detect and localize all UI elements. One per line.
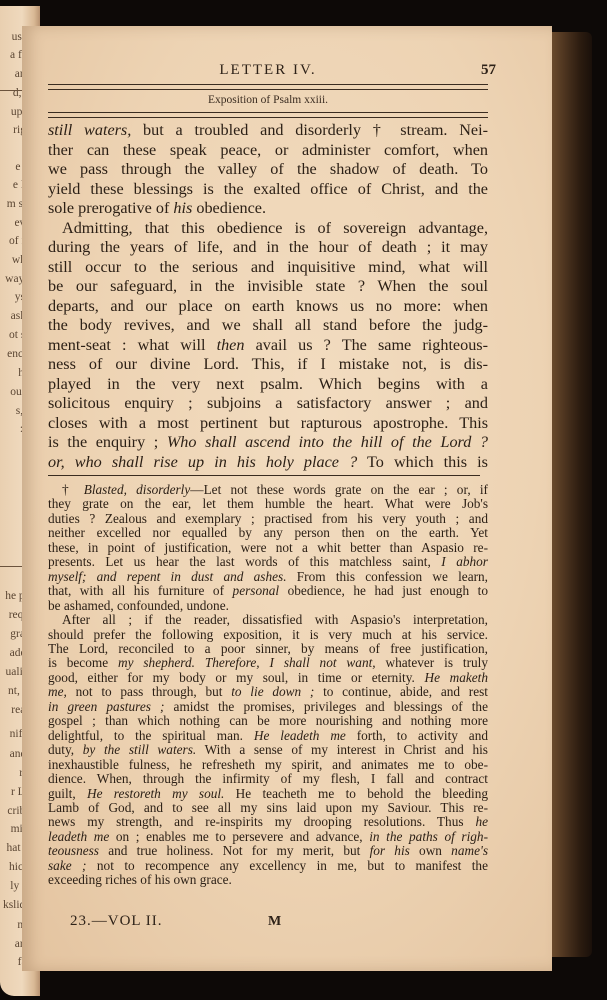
text-run: From this confession we learn, bbox=[287, 569, 488, 584]
text-line: ness of our divine Lord. This, if I mist… bbox=[48, 355, 488, 375]
text-run: should prefer the following exposition, … bbox=[48, 627, 488, 642]
text-line: we pass through the valley of the shadow… bbox=[48, 160, 488, 180]
text-run: gospel ; than which nothing can be more … bbox=[48, 713, 488, 728]
text-run: obedience, he had just enough to bbox=[279, 583, 488, 598]
text-run: guilt, bbox=[48, 786, 87, 801]
text-line: guilt, He restoreth my soul. He teacheth… bbox=[48, 787, 488, 801]
text-run: be ashamed, confounded, undone. bbox=[48, 598, 229, 613]
text-line: still occur to the serious and inquisiti… bbox=[48, 258, 488, 278]
header-rule-bottom bbox=[48, 112, 488, 118]
text-run: on ; enables me to persevere and advance… bbox=[109, 829, 369, 844]
italic-run: myself; and repent in dust and ashes. bbox=[48, 569, 287, 584]
page-number: 57 bbox=[481, 62, 496, 79]
italic-run: He leadeth me bbox=[254, 728, 346, 743]
italic-run: leadeth me bbox=[48, 829, 109, 844]
italic-run: I abhor bbox=[441, 554, 488, 569]
text-run: these, in point of justification, were n… bbox=[48, 540, 488, 555]
text-run: we pass through the valley of the shadow… bbox=[48, 160, 488, 178]
text-run: forth, to activity and bbox=[346, 728, 488, 743]
text-line: solicitous enquiry ; subjoins a satisfac… bbox=[48, 394, 488, 414]
section-subtitle: Exposition of Psalm xxiii. bbox=[48, 94, 488, 106]
text-line: be our safeguard, in the invisible state… bbox=[48, 277, 488, 297]
text-line: presents. Let us hear the last words of … bbox=[48, 555, 488, 569]
text-run: not to pass through, but bbox=[67, 684, 231, 699]
italic-run: by the still waters. bbox=[83, 742, 196, 757]
text-line: they grate on the ear, let them humble t… bbox=[48, 497, 488, 511]
text-line: should prefer the following exposition, … bbox=[48, 628, 488, 642]
text-run: the body revives, and we shall all stand… bbox=[48, 316, 488, 334]
italic-run: He maketh bbox=[424, 670, 488, 685]
text-line: still waters, but a troubled and disorde… bbox=[48, 121, 488, 141]
text-run: Admitting, that this obedience is of sov… bbox=[62, 219, 488, 237]
text-line: played in the very next psalm. Which beg… bbox=[48, 375, 488, 395]
text-run: inexhaustible fulness, he refresheth my … bbox=[48, 757, 488, 772]
text-run: After all ; if the reader, dissatisfied … bbox=[62, 612, 488, 627]
italic-run: me, bbox=[48, 684, 67, 699]
text-run: is become bbox=[48, 655, 118, 670]
text-line: in green pastures ; amidst the promises,… bbox=[48, 700, 488, 714]
text-run: ness of our divine Lord. This, if I mist… bbox=[48, 355, 488, 373]
text-line: inexhaustible fulness, he refresheth my … bbox=[48, 758, 488, 772]
text-line: good, either for my body or my soul, in … bbox=[48, 671, 488, 685]
text-line: The Lord, reconciled to a poor sinner, b… bbox=[48, 642, 488, 656]
text-run: whatever is truly bbox=[376, 655, 488, 670]
text-line: me, not to pass through, but to lie down… bbox=[48, 685, 488, 699]
text-line: delightful, to the spiritual man. He lea… bbox=[48, 729, 488, 743]
text-line: exceeding riches of his own grace. bbox=[48, 873, 488, 887]
running-title: LETTER IV. bbox=[48, 62, 488, 79]
italic-run: for his bbox=[370, 843, 410, 858]
text-run: ther can these speak peace, or administe… bbox=[48, 141, 488, 159]
text-line: Lamb of God, and to see all my sins laid… bbox=[48, 801, 488, 815]
italic-run: his bbox=[173, 199, 192, 217]
text-run bbox=[195, 655, 205, 670]
text-run: presents. Let us hear the last words of … bbox=[48, 554, 441, 569]
text-line: ther can these speak peace, or administe… bbox=[48, 141, 488, 161]
text-line: news my strength, and re-inspirits my dr… bbox=[48, 815, 488, 829]
text-run: obedience. bbox=[192, 199, 266, 217]
text-line: be ashamed, confounded, undone. bbox=[48, 599, 488, 613]
text-line: that, with all his furniture of personal… bbox=[48, 584, 488, 598]
text-run: they grate on the ear, let them humble t… bbox=[48, 496, 488, 511]
text-run: He teacheth me to behold the bleeding bbox=[224, 786, 488, 801]
text-run: neither excelled nor equalled by any per… bbox=[48, 525, 488, 540]
text-line: is become my shepherd. Therefore, I shal… bbox=[48, 656, 488, 670]
italic-run: to lie down ; bbox=[231, 684, 314, 699]
text-line: sake ; not to recompence any excellency … bbox=[48, 859, 488, 873]
text-line: myself; and repent in dust and ashes. Fr… bbox=[48, 570, 488, 584]
text-line: closes with a most pertinent but rapturo… bbox=[48, 414, 488, 434]
text-run: The Lord, reconciled to a poor sinner, b… bbox=[48, 641, 488, 656]
text-run: To which this is bbox=[357, 453, 488, 471]
italic-run: teousness bbox=[48, 843, 99, 858]
italic-run: he bbox=[475, 814, 488, 829]
text-run: † bbox=[62, 482, 84, 497]
text-line: sole prerogative of his obedience. bbox=[48, 199, 488, 219]
text-run: own bbox=[410, 843, 451, 858]
text-line: ment-seat : what will then avail us ? Th… bbox=[48, 336, 488, 356]
text-run: duties ? Zealous and exemplary ; practis… bbox=[48, 511, 488, 526]
text-run: solicitous enquiry ; subjoins a satisfac… bbox=[48, 394, 488, 412]
text-run: Lamb of God, and to see all my sins laid… bbox=[48, 800, 488, 815]
italic-run: my shepherd. bbox=[118, 655, 195, 670]
main-text-block: still waters, but a troubled and disorde… bbox=[48, 121, 488, 472]
text-line: or, who shall rise up in his holy place … bbox=[48, 453, 488, 473]
text-run: With a sense of my interest in Christ an… bbox=[196, 742, 488, 757]
text-line: teousness and true holiness. Not for my … bbox=[48, 844, 488, 858]
text-run: not to recompence any excellency in me, … bbox=[86, 858, 488, 873]
book-page-edges bbox=[552, 32, 592, 957]
text-run: news my strength, and re-inspirits my dr… bbox=[48, 814, 475, 829]
text-run: amidst the promises, privileges and bles… bbox=[164, 699, 488, 714]
italic-run: or, who shall rise up in his holy place … bbox=[48, 453, 357, 471]
italic-run: in the paths of righ- bbox=[369, 829, 488, 844]
text-line: duties ? Zealous and exemplary ; practis… bbox=[48, 512, 488, 526]
text-line: during the years of life, and in the hou… bbox=[48, 238, 488, 258]
italic-run: sake ; bbox=[48, 858, 86, 873]
text-line: yield these blessings is the exalted off… bbox=[48, 180, 488, 200]
text-run: duty, bbox=[48, 742, 83, 757]
italic-run: then bbox=[217, 336, 245, 354]
text-run: delightful, to the spiritual man. bbox=[48, 728, 254, 743]
italic-run: Blasted, disorderly bbox=[84, 482, 191, 497]
italic-run: in green pastures ; bbox=[48, 699, 164, 714]
text-line: After all ; if the reader, dissatisfied … bbox=[48, 613, 488, 627]
header-rule-top bbox=[48, 84, 488, 90]
text-run: closes with a most pertinent but rapturo… bbox=[48, 414, 488, 432]
text-run: dience. When, through the infirmity of m… bbox=[48, 771, 488, 786]
text-line: departs, and our place on earth knows us… bbox=[48, 297, 488, 317]
text-line: Admitting, that this obedience is of sov… bbox=[48, 219, 488, 239]
printer-signature: 23.—VOL II. bbox=[70, 913, 163, 930]
signature-mark: M bbox=[268, 914, 281, 930]
text-run: and true holiness. Not for my merit, but bbox=[99, 843, 370, 858]
text-run: departs, and our place on earth knows us… bbox=[48, 297, 488, 315]
text-line: duty, by the still waters. With a sense … bbox=[48, 743, 488, 757]
text-run: during the years of life, and in the hou… bbox=[48, 238, 488, 256]
text-run: but a troubled and disorderly † stream. … bbox=[131, 121, 488, 139]
text-run: still occur to the serious and inquisiti… bbox=[48, 258, 488, 276]
text-line: leadeth me on ; enables me to persevere … bbox=[48, 830, 488, 844]
text-run: be our safeguard, in the invisible state… bbox=[48, 277, 488, 295]
italic-run: personal bbox=[233, 583, 280, 598]
text-line: is the enquiry ; Who shall ascend into t… bbox=[48, 433, 488, 453]
text-run: good, either for my body or my soul, in … bbox=[48, 670, 424, 685]
text-line: these, in point of justification, were n… bbox=[48, 541, 488, 555]
text-run: ment-seat : what will bbox=[48, 336, 217, 354]
text-line: gospel ; than which nothing can be more … bbox=[48, 714, 488, 728]
italic-run: Who shall ascend into the hill of the Lo… bbox=[167, 433, 488, 451]
footnote-separator bbox=[48, 475, 480, 476]
text-line: the body revives, and we shall all stand… bbox=[48, 316, 488, 336]
footnote-block: † Blasted, disorderly—Let not these word… bbox=[48, 483, 488, 888]
text-line: dience. When, through the infirmity of m… bbox=[48, 772, 488, 786]
text-run: sole prerogative of bbox=[48, 199, 173, 217]
text-run: —Let not these words grate on the ear ; … bbox=[190, 482, 488, 497]
page-header: LETTER IV. 57 bbox=[48, 62, 488, 80]
text-line: neither excelled nor equalled by any per… bbox=[48, 526, 488, 540]
text-run: is the enquiry ; bbox=[48, 433, 167, 451]
text-run: yield these blessings is the exalted off… bbox=[48, 180, 488, 198]
text-run: that, with all his furniture of bbox=[48, 583, 233, 598]
italic-run: name's bbox=[451, 843, 488, 858]
text-run: exceeding riches of his own grace. bbox=[48, 872, 232, 887]
text-run: played in the very next psalm. Which beg… bbox=[48, 375, 488, 393]
italic-run: He restoreth my soul. bbox=[87, 786, 224, 801]
text-run: to continue, abide, and rest bbox=[314, 684, 488, 699]
text-run: avail us ? The same righteous- bbox=[244, 336, 488, 354]
text-line: † Blasted, disorderly—Let not these word… bbox=[48, 483, 488, 497]
italic-run: still waters, bbox=[48, 121, 131, 139]
italic-run: Therefore, I shall not want, bbox=[205, 655, 376, 670]
